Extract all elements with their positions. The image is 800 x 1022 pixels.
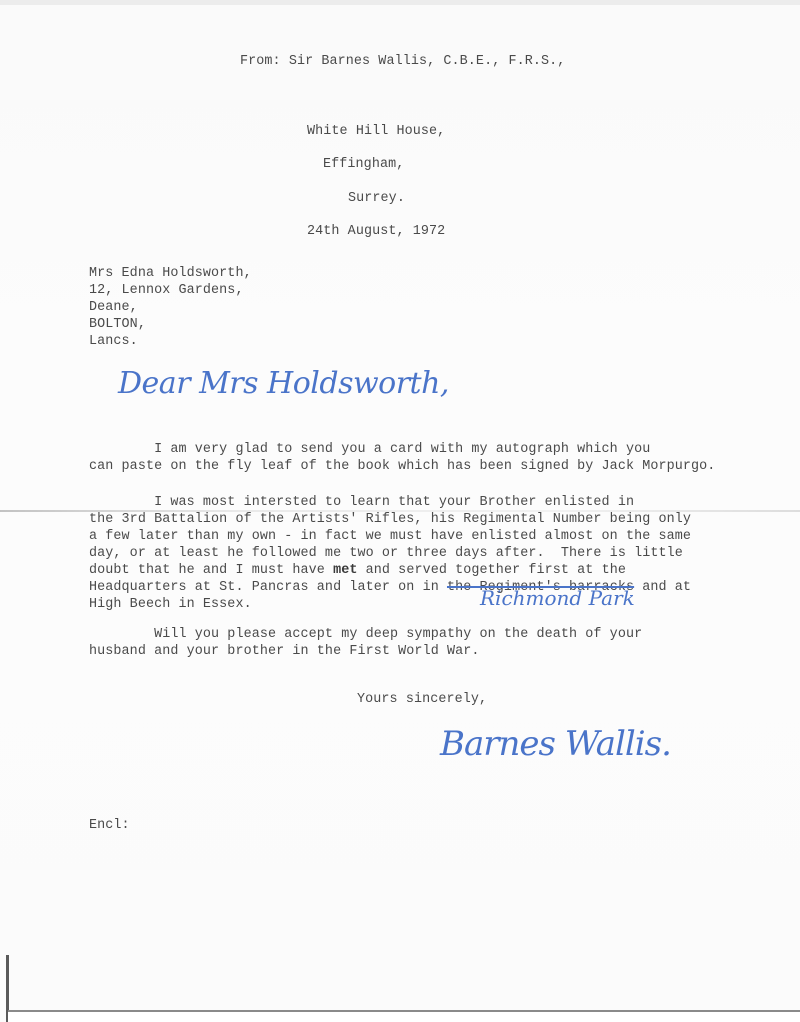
recipient-address-line-3: Deane, <box>89 300 138 315</box>
typed-emphasis-met: met <box>333 563 357 578</box>
paragraph-2-line-6-before: Headquarters at St. Pancras and later on… <box>89 580 447 595</box>
sender-address-line-2: Effingham, <box>323 157 404 172</box>
paragraph-2-line-5: doubt that he and I must have met and se… <box>89 563 626 578</box>
scan-background <box>8 1012 800 1022</box>
recipient-address-line-1: Mrs Edna Holdsworth, <box>89 266 252 281</box>
paragraph-2-line-5-after: and served together first at the <box>358 563 626 578</box>
paper-top-edge <box>0 0 800 5</box>
recipient-address-line-5: Lancs. <box>89 334 138 349</box>
handwritten-correction: Richmond Park <box>480 586 635 610</box>
paragraph-2-line-7: High Beech in Essex. <box>89 597 252 612</box>
paragraph-3-line-1: Will you please accept my deep sympathy … <box>89 627 642 642</box>
paragraph-1-line-2: can paste on the fly leaf of the book wh… <box>89 459 715 474</box>
paragraph-1-line-1: I am very glad to send you a card with m… <box>89 442 650 457</box>
sender-address-line-3: Surrey. <box>348 191 405 206</box>
handwritten-salutation: Dear Mrs Holdsworth, <box>118 366 449 401</box>
paragraph-2-line-2: the 3rd Battalion of the Artists' Rifles… <box>89 512 691 527</box>
paragraph-2-line-4: day, or at least he followed me two or t… <box>89 546 683 561</box>
letter-page: From: Sir Barnes Wallis, C.B.E., F.R.S.,… <box>0 0 800 1022</box>
paragraph-2-line-1: I was most intersted to learn that your … <box>89 495 634 510</box>
paragraph-2-line-6-after: and at <box>634 580 691 595</box>
from-line: From: Sir Barnes Wallis, C.B.E., F.R.S., <box>240 54 565 69</box>
enclosure-label: Encl: <box>89 818 130 833</box>
letter-date: 24th August, 1972 <box>307 224 445 239</box>
handwritten-signature: Barnes Wallis. <box>440 724 671 764</box>
recipient-address-line-4: BOLTON, <box>89 317 146 332</box>
sender-address-line-1: White Hill House, <box>307 124 445 139</box>
paragraph-2-line-5-before: doubt that he and I must have <box>89 563 333 578</box>
closing: Yours sincerely, <box>357 692 487 707</box>
paragraph-2-line-3: a few later than my own - in fact we mus… <box>89 529 691 544</box>
paragraph-3-line-2: husband and your brother in the First Wo… <box>89 644 480 659</box>
recipient-address-line-2: 12, Lennox Gardens, <box>89 283 244 298</box>
